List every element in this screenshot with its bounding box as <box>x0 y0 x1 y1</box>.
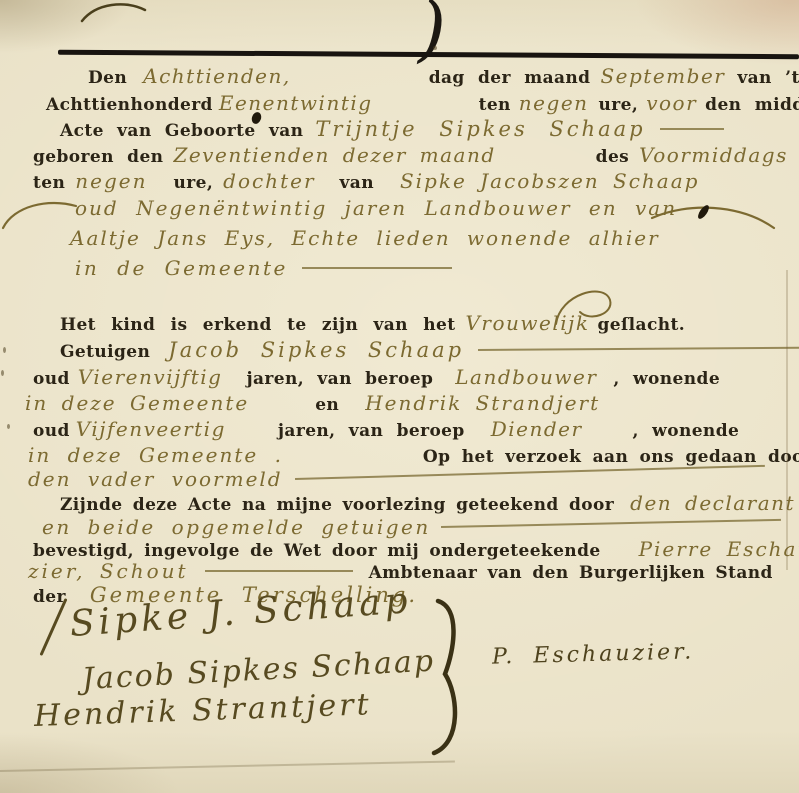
handwritten-text: zier, Schout <box>28 559 189 583</box>
printed-text: Achttienhonderd <box>46 95 213 115</box>
year-time-line: AchttienhonderdEenentwintigtennegenure,v… <box>46 91 799 115</box>
official-name-line: bevestigd, ingevolge de Wet door mij ond… <box>33 537 799 561</box>
handwritten-text: in deze Gemeente <box>25 391 249 415</box>
handwritten-text: den declarant <box>630 491 795 515</box>
printed-text: Acte van Geboorte van <box>60 121 303 141</box>
witness2-details-line: oudVijfenveertigjaren, van beroepDiender… <box>33 417 739 441</box>
flourish-rule <box>478 345 799 351</box>
printed-text: ure, <box>599 95 639 115</box>
witnesses-signed-line: en beide opgemelde getuigen <box>42 515 781 539</box>
handwritten-text: Aaltje Jans Eys, Echte lieden wonende al… <box>70 226 660 250</box>
handwritten-text: Sipke Jacobszen Schaap <box>400 169 700 193</box>
ink-speck <box>433 46 437 50</box>
printed-text: geboren den <box>33 147 163 167</box>
handwritten-text: voor <box>646 91 697 115</box>
top-left-pen-flourish <box>78 0 150 26</box>
margin-speck <box>3 347 6 353</box>
printed-text: oud <box>33 369 70 389</box>
handwritten-text: Vierenvijftig <box>78 365 223 389</box>
handwritten-text: Achttienden, <box>143 64 291 88</box>
handwritten-text: Jacob Sipkes Schaap <box>168 338 464 362</box>
handwritten-text: Zeventienden dezer maand <box>173 143 495 167</box>
printed-text: jaren, van beroep <box>246 369 433 389</box>
flourish-rule <box>660 126 724 130</box>
handwritten-text: negen <box>519 91 589 115</box>
scanned-birth-certificate: ) DenAchttienden,dag der maandSeptemberv… <box>0 0 799 793</box>
printed-text: jaren, van beroep <box>278 421 465 441</box>
margin-speck <box>7 424 10 429</box>
printed-text: van <box>340 173 374 193</box>
handwritten-text: Eenentwintig <box>219 91 373 115</box>
paraph-swirl <box>548 282 620 328</box>
handwritten-text: in de Gemeente <box>75 256 288 280</box>
official-title-line: zier, SchoutAmbtenaar van den Burgerlijk… <box>28 559 773 583</box>
closing-statement-line: Zijnde deze Acte na mijne voorlezing get… <box>60 491 795 515</box>
handwritten-text: Landbouwer <box>455 365 597 389</box>
printed-text: bevestigd, ingevolge de Wet door mij ond… <box>33 541 601 561</box>
handwritten-text: en beide opgemelde getuigen <box>42 515 431 539</box>
printed-text: Ambtenaar van den Burgerlijken Stand <box>369 563 773 583</box>
printed-text: , wonende <box>613 369 720 389</box>
birth-time-parents-line: tennegenure,dochtervanSipke Jacobszen Sc… <box>33 169 699 193</box>
printed-text: Het kind is erkend te zijn van het <box>60 315 455 335</box>
handwritten-text: in deze Gemeente . <box>28 443 283 467</box>
official-signature: P. Eschauzier. <box>492 639 695 669</box>
printed-text: , wonende <box>633 421 740 441</box>
handwritten-text: Vijfenveertig <box>76 417 226 441</box>
birth-date-line: geboren denZeventienden dezer maanddesVo… <box>33 143 788 167</box>
handwritten-text: dochter <box>223 169 315 193</box>
printed-text: ten <box>479 95 511 115</box>
printed-text: ure, <box>173 173 213 193</box>
printed-text: Zijnde deze Acte na mijne voorlezing get… <box>60 495 614 515</box>
printed-text: oud <box>33 421 70 441</box>
paper-crease <box>0 760 455 772</box>
bracket-mark: ) <box>418 0 446 70</box>
requester-line: den vader voormeld <box>28 467 765 491</box>
left-margin-flourish <box>0 192 80 234</box>
date-line: DenAchttienden,dag der maandSeptembervan… <box>88 64 799 88</box>
handwritten-text: Diender <box>491 417 583 441</box>
margin-speck <box>1 370 4 376</box>
page-fold-line <box>786 270 788 570</box>
mother-line: Aaltje Jans Eys, Echte lieden wonende al… <box>70 226 660 250</box>
witness1-name-line: GetuigenJacob Sipkes Schaap <box>60 338 799 362</box>
printed-text: en <box>315 395 339 415</box>
handwritten-text: Pierre Eschau <box>639 537 799 561</box>
witness1-details-line: oudVierenvijftigjaren, van beroepLandbou… <box>33 365 720 389</box>
witness2-name-line: in deze GemeenteenHendrik Strandjert <box>25 391 600 415</box>
handwritten-text: den vader voormeld <box>28 467 283 491</box>
handwritten-text: oud Negenëntwintig jaren Landbouwer en v… <box>75 196 677 220</box>
printed-text: van ’t jaar <box>737 68 799 88</box>
handwritten-text: negen <box>75 169 147 193</box>
flourish-rule <box>205 568 353 572</box>
printed-text: des <box>596 147 629 167</box>
printed-text: dag der maand <box>429 68 591 88</box>
printed-text: Getuigen <box>60 342 150 362</box>
printed-text: den middag. <box>705 95 799 115</box>
flourish-rule <box>302 265 452 269</box>
handwritten-text: September <box>600 64 725 88</box>
handwritten-text: Hendrik Strandjert <box>365 391 600 415</box>
line-end-flourish <box>648 198 783 240</box>
residence-line: in de Gemeente <box>75 256 452 280</box>
printed-text: ten <box>33 173 65 193</box>
handwritten-text: Trijntje Sipkes Schaap <box>315 117 645 141</box>
child-name-line: Acte van Geboorte vanTrijntje Sipkes Sch… <box>60 117 724 141</box>
party-signature-2: Jacob Sipkes Schaap <box>81 644 436 697</box>
signature-brace <box>424 596 476 758</box>
father-details-line: oud Negenëntwintig jaren Landbouwer en v… <box>75 196 677 220</box>
flourish-rule <box>441 517 781 528</box>
printed-text: Den <box>88 68 127 88</box>
handwritten-text: Voormiddags <box>639 143 788 167</box>
request-line: in deze Gemeente .Op het verzoek aan ons… <box>28 443 799 467</box>
